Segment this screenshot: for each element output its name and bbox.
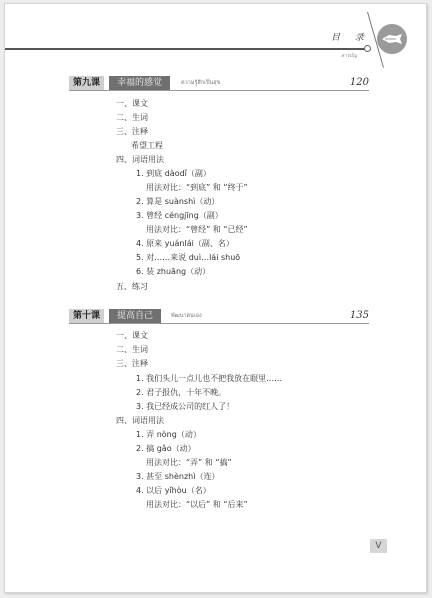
toc-title: 目 录 (331, 30, 370, 43)
toc-item: 3. 甚至 shènzhì（连） (136, 472, 219, 482)
lesson-number: 第九课 (69, 76, 104, 90)
toc-item: 2. 算是 suànshì（动） (136, 197, 219, 207)
toc-item: 1. 弄 nòng（动） (136, 430, 201, 440)
toc-item: 三、注释 (116, 359, 148, 369)
toc-item: 用法对比：“曾经” 和 “已经” (146, 225, 248, 235)
header-node-icon (364, 45, 371, 52)
toc-item: 四、词语用法 (116, 155, 164, 165)
toc-item: 二、生词 (116, 113, 148, 123)
lesson-thai-title: พัฒนาตนเอง (171, 311, 202, 321)
document-page: 目 录 สารบัญ 第九课 幸福的感觉 ความรู้สึกเป็นสุข 1… (4, 3, 427, 593)
toc-item: 用法对比：“弄” 和 “搞” (146, 458, 232, 468)
lesson-header-9: 第九课 幸福的感觉 ความรู้สึกเป็นสุข 120 (69, 76, 369, 91)
toc-item: 1. 到底 dàodǐ（副） (136, 169, 211, 179)
toc-item: 4. 以后 yǐhòu（名） (136, 486, 211, 496)
toc-item: 3. 曾经 céngjīng（副） (136, 211, 223, 221)
toc-item: 2. 君子报仇，十年不晚。 (136, 388, 226, 398)
toc-item: 1. 我们头儿一点儿也不把我放在眼里…… (136, 374, 282, 384)
toc-item: 4. 原来 yuánlái（副、名） (136, 239, 234, 249)
toc-item: 五、练习 (116, 282, 148, 292)
lesson-page-number: 120 (350, 76, 369, 90)
lesson-page-number: 135 (350, 309, 369, 323)
toc-item: 一、课文 (116, 99, 148, 109)
toc-subtitle: สารบัญ (341, 52, 357, 60)
toc-item: 用法对比：“到底” 和 “终于” (146, 183, 248, 193)
toc-item: 5. 对……来说 duì…lái shuō (136, 253, 240, 263)
lesson-name: 提高自己 (109, 309, 161, 323)
toc-item: 用法对比：“以后” 和 “后来” (146, 500, 248, 510)
lesson-thai-title: ความรู้สึกเป็นสุข (181, 78, 220, 88)
toc-item: 希望工程 (131, 141, 163, 151)
toc-item: 四、词语用法 (116, 416, 164, 426)
toc-item: 三、注释 (116, 127, 148, 137)
toc-item: 2. 搞 gǎo（动） (136, 444, 196, 454)
lesson-name: 幸福的感觉 (109, 76, 170, 90)
toc-item: 6. 装 zhuāng（动） (136, 267, 210, 277)
fish-logo-icon (377, 24, 407, 54)
page-number-badge: V (370, 539, 387, 553)
toc-item: 3. 我已经成公司的红人了！ (136, 402, 234, 412)
header-rule (5, 48, 367, 50)
lesson-header-10: 第十课 提高自己 พัฒนาตนเอง 135 (69, 309, 369, 324)
toc-item: 一、课文 (116, 331, 148, 341)
toc-item: 二、生词 (116, 345, 148, 355)
lesson-number: 第十课 (69, 309, 104, 323)
